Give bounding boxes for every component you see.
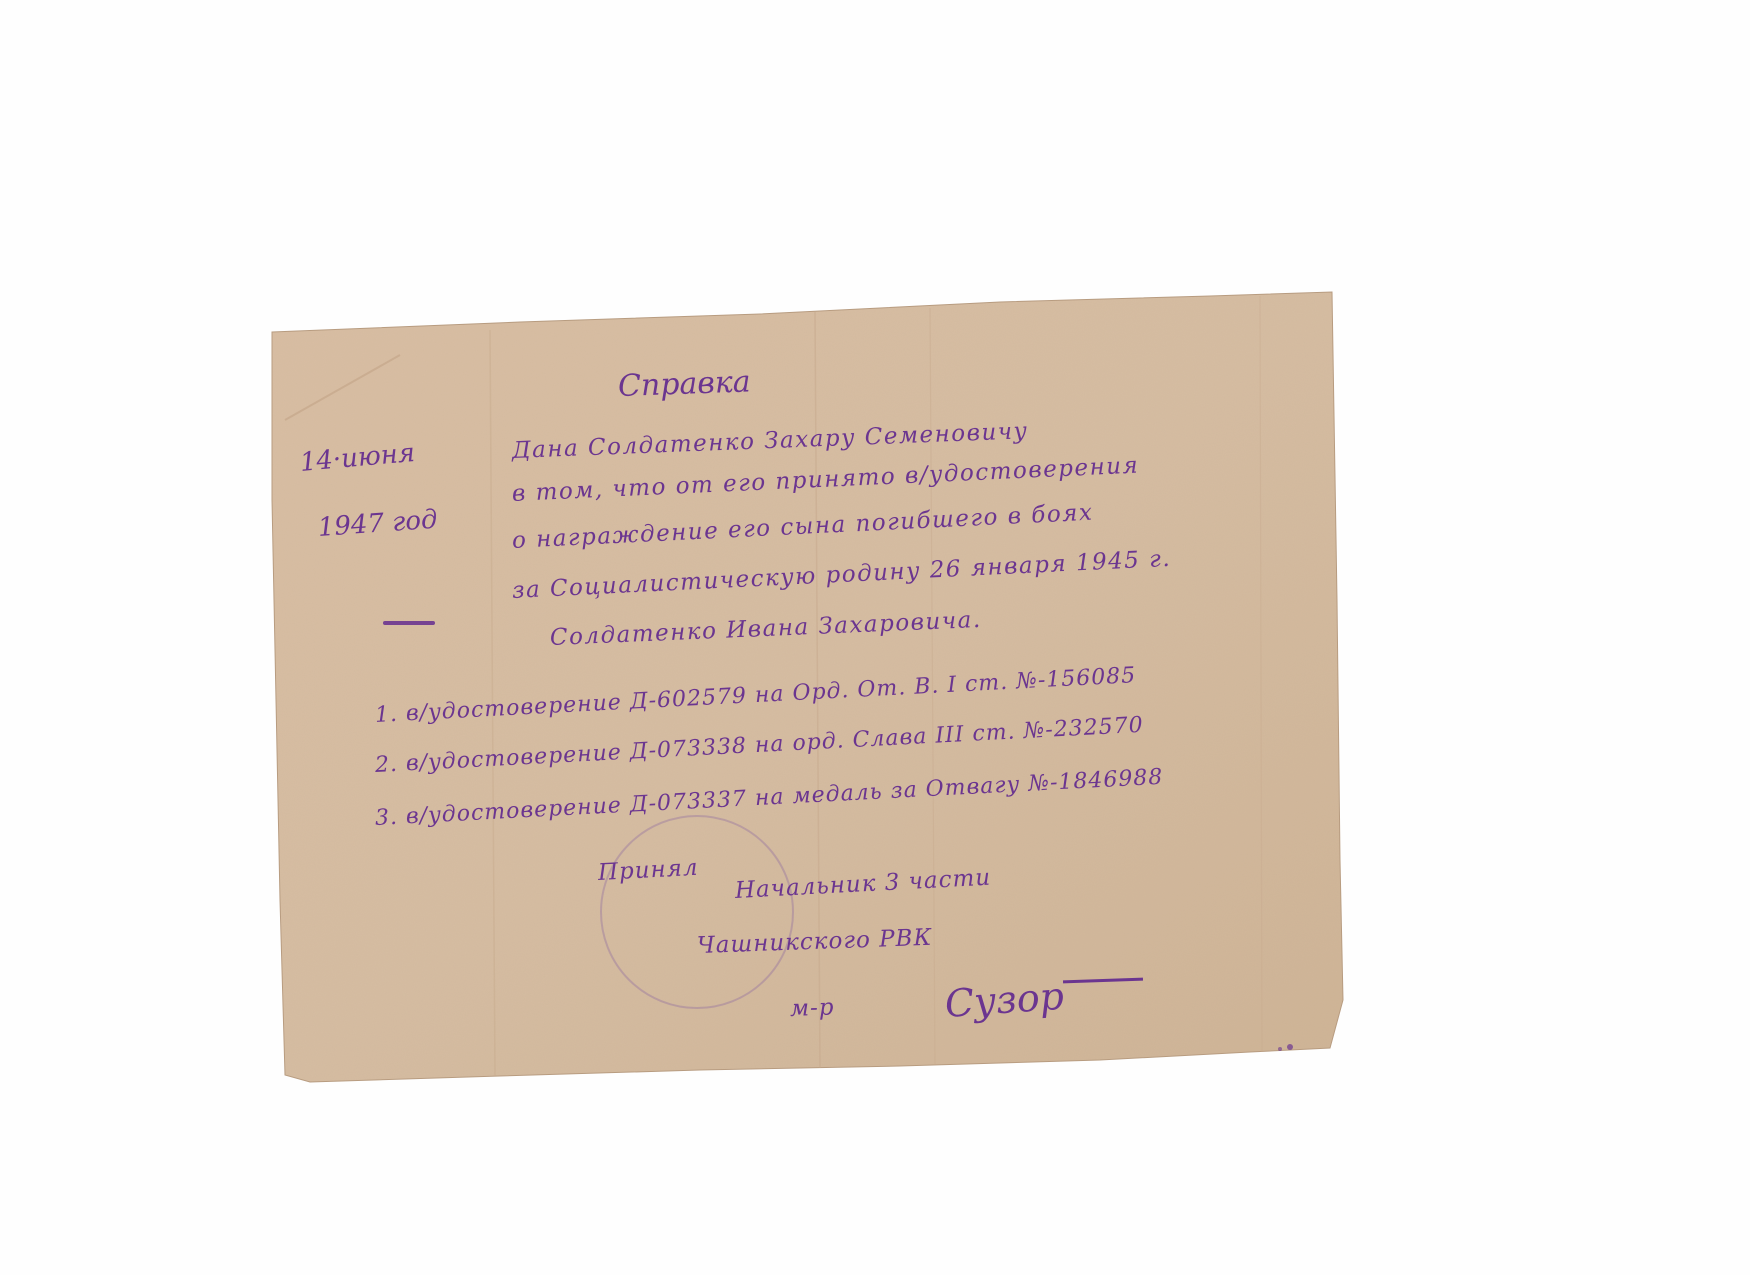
signer-rank: м-р: [790, 996, 835, 1021]
signature: Сузор: [944, 977, 1065, 1023]
margin-date-year: 1947 год: [317, 507, 438, 541]
document-title: Справка: [617, 367, 751, 402]
paper-shape: [0, 0, 1750, 1275]
margin-dash: [383, 621, 435, 625]
paper-sheet: [0, 0, 1750, 1275]
received-label: Принял: [597, 857, 699, 885]
faded-stamp: [600, 815, 794, 1009]
